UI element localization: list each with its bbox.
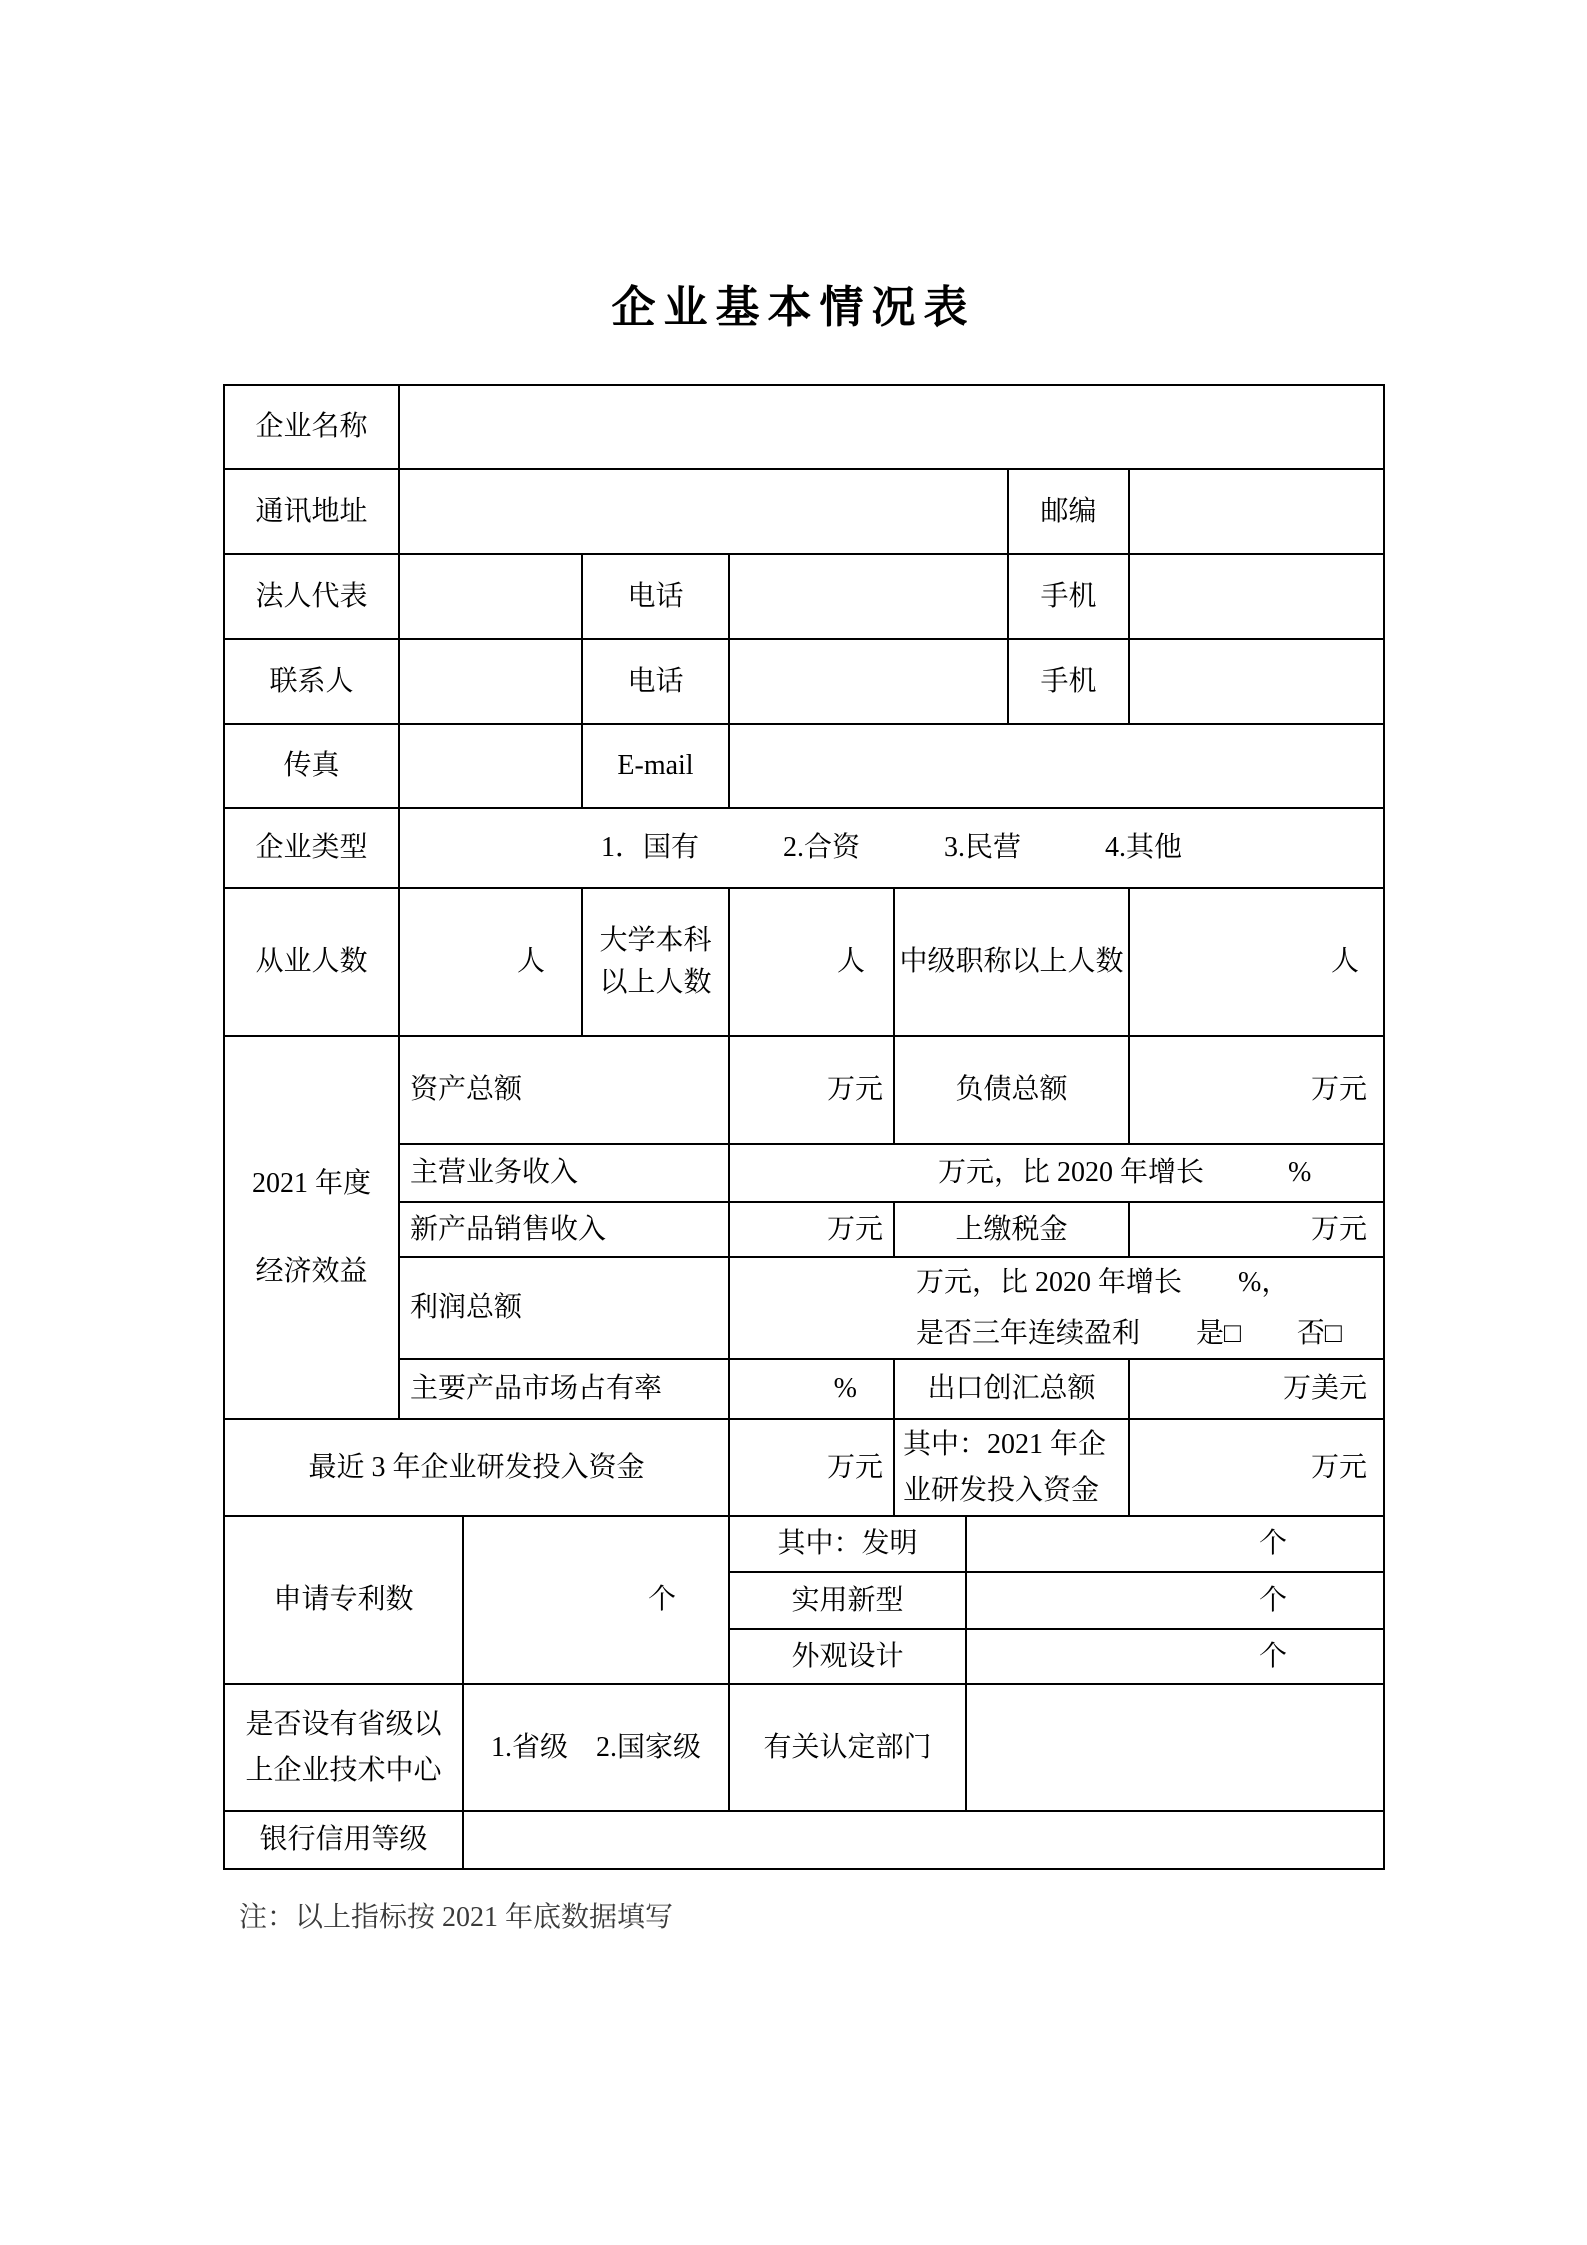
patent-design-input[interactable]: 个 (967, 1630, 1385, 1685)
ge-unit-label: 个 (648, 1579, 676, 1621)
ge-unit-label: 个 (1259, 1636, 1287, 1678)
new-product-revenue-label: 新产品销售收入 (400, 1203, 730, 1258)
postcode-input[interactable] (1130, 470, 1385, 555)
contact-phone-label: 电话 (583, 640, 730, 725)
economy-year-label: 2021 年度 (252, 1163, 371, 1205)
bank-credit-label: 银行信用等级 (225, 1812, 464, 1870)
total-profit-input[interactable]: 万元，比 2020 年增长 %， 是否三年连续盈利 是□ 否□ (730, 1258, 1385, 1360)
ge-unit-label: 个 (1259, 1580, 1287, 1622)
profit-growth-line: 万元，比 2020 年增长 %， (916, 1258, 1289, 1308)
total-assets-input[interactable]: 万元 (730, 1037, 895, 1145)
address-label: 通讯地址 (225, 470, 400, 555)
legal-rep-mobile-input[interactable] (1130, 555, 1385, 640)
form-page: 企业基本情况表 企业名称 通讯地址 邮编 法人代表 电话 手机 联系人 电话 手… (0, 0, 1587, 2245)
company-name-label: 企业名称 (225, 386, 400, 470)
fax-label: 传真 (225, 725, 400, 809)
rd-fund-2021-label: 其中：2021 年企业研发投入资金 (895, 1420, 1130, 1517)
main-revenue-input[interactable]: 万元，比 2020 年增长 % (730, 1145, 1385, 1203)
profit-three-year-line[interactable]: 是否三年连续盈利 是□ 否□ (916, 1308, 1342, 1359)
contact-input[interactable] (400, 640, 583, 725)
patent-utility-input[interactable]: 个 (967, 1573, 1385, 1630)
total-assets-label: 资产总额 (400, 1037, 730, 1145)
economy-section-label: 2021 年度 经济效益 (225, 1037, 400, 1420)
legal-rep-phone-input[interactable] (730, 555, 1009, 640)
total-liabilities-input[interactable]: 万元 (1130, 1037, 1385, 1145)
employees-label: 从业人数 (225, 889, 400, 1037)
wanmeiyuan-unit-label: 万美元 (1283, 1368, 1367, 1410)
legal-rep-phone-label: 电话 (583, 555, 730, 640)
market-share-input[interactable]: % (730, 1360, 895, 1420)
percent-unit-label: % (834, 1368, 857, 1410)
company-type-label: 企业类型 (225, 809, 400, 889)
rd-fund-2021-input[interactable]: 万元 (1130, 1420, 1385, 1517)
wanyuan-unit-label: 万元 (827, 1209, 883, 1251)
tech-center-label: 是否设有省级以上企业技术中心 (225, 1685, 464, 1812)
wanyuan-unit-label: 万元 (1311, 1069, 1367, 1111)
bachelor-count-input[interactable]: 人 (730, 889, 895, 1037)
cert-department-input[interactable] (967, 1685, 1385, 1812)
company-type-options[interactable]: 1．国有 2.合资 3.民营 4.其他 (400, 809, 1385, 889)
person-unit-label: 人 (837, 941, 865, 983)
mid-title-count-input[interactable]: 人 (1130, 889, 1385, 1037)
market-share-label: 主要产品市场占有率 (400, 1360, 730, 1420)
tax-paid-label: 上缴税金 (895, 1203, 1130, 1258)
patent-design-label: 外观设计 (730, 1630, 967, 1685)
person-unit-label: 人 (1331, 941, 1359, 983)
page-title: 企业基本情况表 (0, 278, 1587, 338)
export-earnings-label: 出口创汇总额 (895, 1360, 1130, 1420)
patent-invention-input[interactable]: 个 (967, 1517, 1385, 1573)
employees-total-input[interactable]: 人 (400, 889, 583, 1037)
total-profit-label: 利润总额 (400, 1258, 730, 1360)
wanyuan-unit-label: 万元 (827, 1069, 883, 1111)
bachelor-count-label: 大学本科以上人数 (583, 889, 730, 1037)
mid-title-count-label: 中级职称以上人数 (895, 889, 1130, 1037)
bank-credit-input[interactable] (464, 1812, 1385, 1870)
fax-input[interactable] (400, 725, 583, 809)
legal-rep-input[interactable] (400, 555, 583, 640)
wanyuan-unit-label: 万元 (1311, 1447, 1367, 1489)
main-revenue-label: 主营业务收入 (400, 1145, 730, 1203)
company-name-input[interactable] (400, 386, 1385, 470)
enterprise-info-table: 企业名称 通讯地址 邮编 法人代表 电话 手机 联系人 电话 手机 传真 E-m… (223, 384, 1385, 1870)
contact-label: 联系人 (225, 640, 400, 725)
patents-label: 申请专利数 (225, 1517, 464, 1685)
new-product-revenue-input[interactable]: 万元 (730, 1203, 895, 1258)
contact-mobile-label: 手机 (1009, 640, 1130, 725)
total-liabilities-label: 负债总额 (895, 1037, 1130, 1145)
patent-invention-label: 其中：发明 (730, 1517, 967, 1573)
tech-center-options[interactable]: 1.省级 2.国家级 (464, 1685, 730, 1812)
economy-benefit-label: 经济效益 (255, 1251, 367, 1293)
postcode-label: 邮编 (1009, 470, 1130, 555)
cert-department-label: 有关认定部门 (730, 1685, 967, 1812)
patent-utility-label: 实用新型 (730, 1573, 967, 1630)
ge-unit-label: 个 (1259, 1523, 1287, 1565)
email-label: E-mail (583, 725, 730, 809)
email-input[interactable] (730, 725, 1385, 809)
address-input[interactable] (400, 470, 1009, 555)
wanyuan-unit-label: 万元 (827, 1447, 883, 1489)
wanyuan-unit-label: 万元 (1311, 1209, 1367, 1251)
contact-mobile-input[interactable] (1130, 640, 1385, 725)
patents-total-input[interactable]: 个 (464, 1517, 730, 1685)
rd-fund-label: 最近 3 年企业研发投入资金 (225, 1420, 730, 1517)
person-unit-label: 人 (517, 941, 545, 983)
rd-fund-input[interactable]: 万元 (730, 1420, 895, 1517)
legal-rep-label: 法人代表 (225, 555, 400, 640)
legal-rep-mobile-label: 手机 (1009, 555, 1130, 640)
export-earnings-input[interactable]: 万美元 (1130, 1360, 1385, 1420)
footnote: 注：以上指标按 2021 年底数据填写 (239, 1898, 673, 1938)
tax-paid-input[interactable]: 万元 (1130, 1203, 1385, 1258)
contact-phone-input[interactable] (730, 640, 1009, 725)
